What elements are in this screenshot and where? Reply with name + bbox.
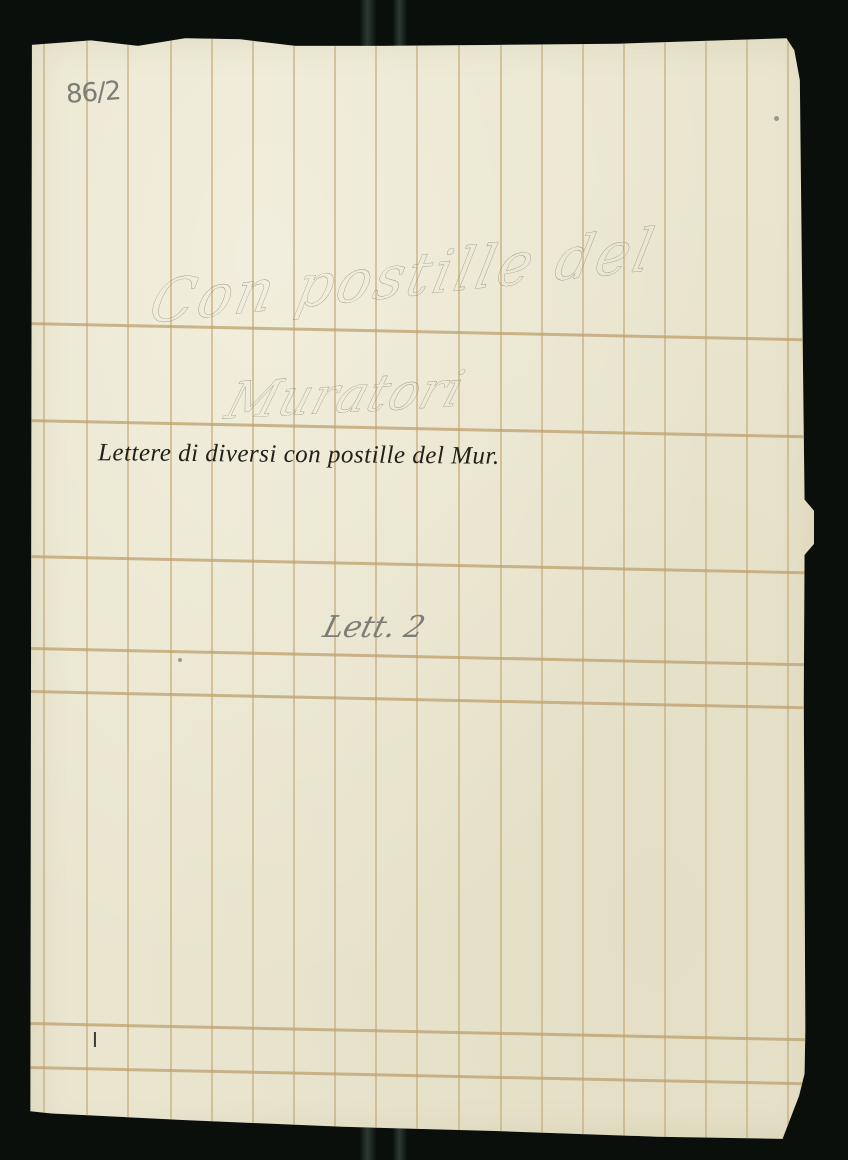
grid-vertical-line <box>787 36 789 1140</box>
grid-vertical-line <box>541 36 543 1140</box>
grid-vertical-line <box>458 36 460 1140</box>
subtitle-handwritten: Lettere di diversi con postille del Mur. <box>98 439 500 471</box>
grid-vertical-line <box>293 36 295 1140</box>
grid-vertical-line <box>500 36 502 1140</box>
grid-vertical-line <box>252 36 254 1140</box>
grid-vertical-line <box>664 36 666 1140</box>
grid-vertical-line <box>746 36 748 1140</box>
title-line-2: Muratori <box>219 359 472 430</box>
grid-vertical-line <box>582 36 584 1140</box>
grid-horizontal-line <box>28 1022 814 1041</box>
grid-vertical-line <box>375 36 377 1140</box>
paper-speck <box>774 116 779 121</box>
grid-vertical-line <box>86 36 88 1140</box>
grid-vertical-line <box>623 36 625 1140</box>
grid-horizontal-line <box>28 1066 814 1085</box>
paper-speck <box>178 658 182 662</box>
roman-numeral-label: I <box>92 1028 98 1052</box>
grid-horizontal-line <box>28 690 814 709</box>
document-page: 86/2 Con postille del Muratori Lettere d… <box>28 36 814 1140</box>
grid-horizontal-line <box>28 647 814 666</box>
grid-vertical-line <box>170 36 172 1140</box>
grid-vertical-line <box>43 36 45 1140</box>
grid-horizontal-line <box>28 555 814 574</box>
grid-vertical-line <box>211 36 213 1140</box>
fascicle-number: Lett. 2 <box>319 610 428 645</box>
title-line-1: Con postille del <box>144 215 663 338</box>
grid-vertical-line <box>127 36 129 1140</box>
grid-vertical-line <box>334 36 336 1140</box>
grid-vertical-line <box>416 36 418 1140</box>
grid-horizontal-line <box>28 419 814 438</box>
shelfmark-label: 86/2 <box>65 76 121 110</box>
grid-vertical-line <box>705 36 707 1140</box>
